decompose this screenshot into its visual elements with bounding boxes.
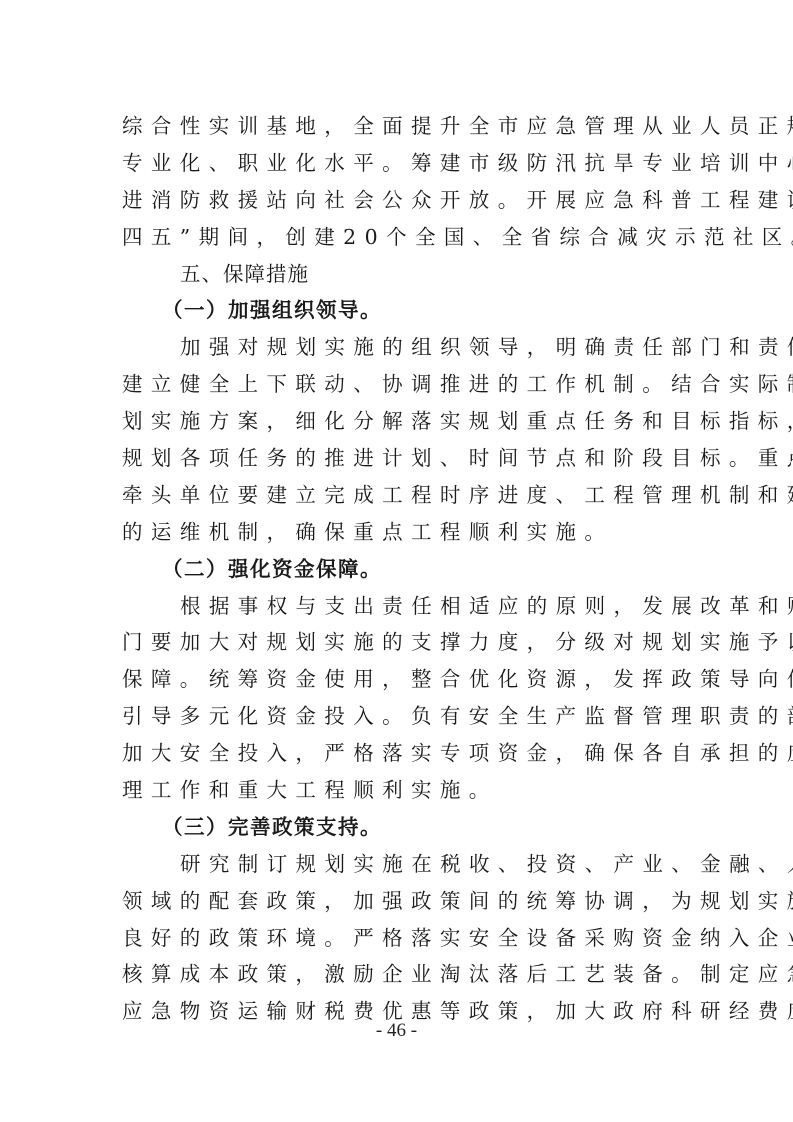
text-line: 专业化、职业化水平。筹建市级防汛抗旱专业培训中心，推 [122, 145, 674, 182]
text-line: 建立健全上下联动、协调推进的工作机制。结合实际制定规 [122, 366, 674, 403]
text-line: 的运维机制，确保重点工程顺利实施。 [122, 514, 674, 551]
subsection-heading: （三）完善政策支持。 [122, 809, 674, 846]
body-paragraph: 根据事权与支出责任相适应的原则，发展改革和财政部 门要加大对规划实施的支撑力度，… [122, 588, 674, 809]
body-paragraph: 加强对规划实施的组织领导，明确责任部门和责任人， 建立健全上下联动、协调推进的工… [122, 329, 674, 550]
text-line: 规划各项任务的推进计划、时间节点和阶段目标。重点工程 [122, 440, 674, 477]
page-number: - 46 - [0, 1020, 793, 1042]
text-line: 保障。统筹资金使用，整合优化资源，发挥政策导向作用， [122, 661, 674, 698]
text-line: 根据事权与支出责任相适应的原则，发展改革和财政部 [122, 588, 674, 625]
text-line: 加大安全投入，严格落实专项资金，确保各自承担的应急管 [122, 735, 674, 772]
text-line: 加强对规划实施的组织领导，明确责任部门和责任人， [122, 329, 674, 366]
section-heading: 五、保障措施 [122, 256, 674, 293]
text-line: 门要加大对规划实施的支撑力度，分级对规划实施予以合理 [122, 624, 674, 661]
text-line: 进消防救援站向社会公众开放。开展应急科普工程建设，“十 [122, 182, 674, 219]
text-line: 综合性实训基地，全面提升全市应急管理从业人员正规化、 [122, 108, 674, 145]
text-line: 良好的政策环境。严格落实安全设备采购资金纳入企业经济 [122, 920, 674, 957]
body-paragraph: 研究制订规划实施在税收、投资、产业、金融、人才等 领域的配套政策，加强政策间的统… [122, 846, 674, 1030]
page-content: 综合性实训基地，全面提升全市应急管理从业人员正规化、 专业化、职业化水平。筹建市… [122, 108, 674, 1030]
text-line: 研究制订规划实施在税收、投资、产业、金融、人才等 [122, 846, 674, 883]
document-page: 综合性实训基地，全面提升全市应急管理从业人员正规化、 专业化、职业化水平。筹建市… [0, 0, 793, 1122]
text-line: 理工作和重大工程顺利实施。 [122, 772, 674, 809]
text-line: 划实施方案，细化分解落实规划重点任务和目标指标，明确 [122, 403, 674, 440]
body-paragraph: 综合性实训基地，全面提升全市应急管理从业人员正规化、 专业化、职业化水平。筹建市… [122, 108, 674, 256]
text-line: 领域的配套政策，加强政策间的统筹协调，为规划实施创造 [122, 883, 674, 920]
text-line: 四五”期间，创建20个全国、全省综合减灾示范社区。 [122, 219, 674, 256]
subsection-heading: （二）强化资金保障。 [122, 551, 674, 588]
subsection-heading: （一）加强组织领导。 [122, 292, 674, 329]
text-line: 核算成本政策，激励企业淘汰落后工艺装备。制定应急产业、 [122, 956, 674, 993]
text-line: 牵头单位要建立完成工程时序进度、工程管理机制和建成后 [122, 477, 674, 514]
text-line: 引导多元化资金投入。负有安全生产监督管理职责的部门应 [122, 698, 674, 735]
